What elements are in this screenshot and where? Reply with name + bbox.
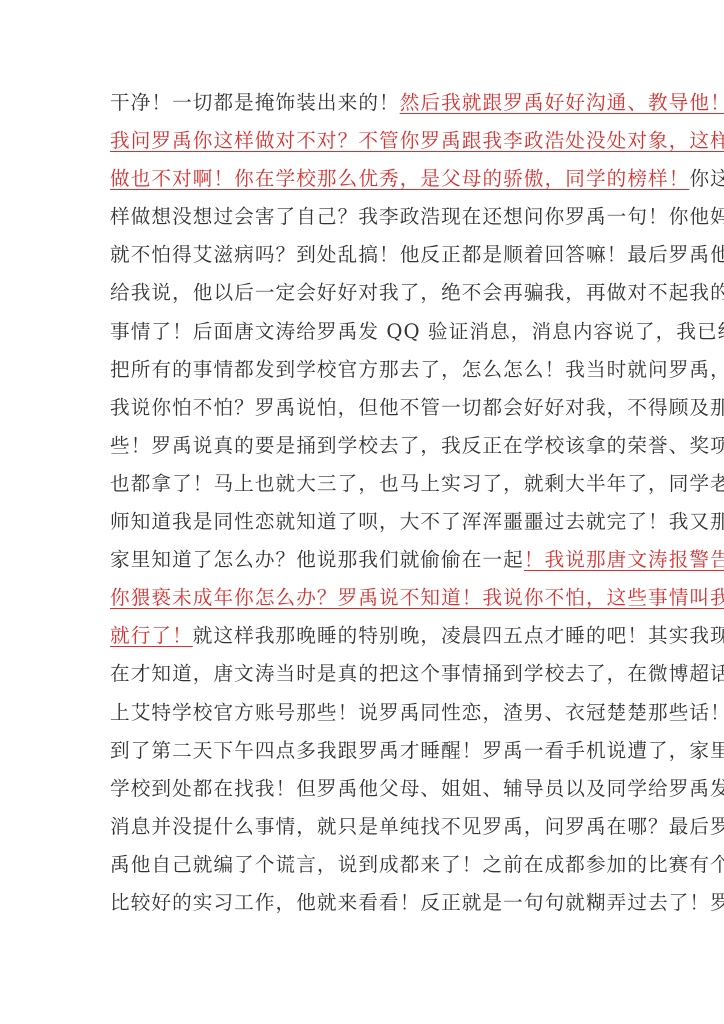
- body-text: 样做想没想过会害了自己？我李政浩现在还想问你罗禹一句！你他妈: [110, 205, 724, 228]
- text-line: 家里知道了怎么办？他说那我们就偷偷在一起！我说那唐文涛报警告: [110, 541, 616, 579]
- body-text: 把所有的事情都发到学校官方那去了，怎么怎么！我当时就问罗禹，: [110, 358, 724, 381]
- body-text: 就不怕得艾滋病吗？到处乱搞！他反正都是顺着回答嘛！最后罗禹他: [110, 243, 724, 266]
- body-text: 我说你怕不怕？罗禹说怕，但他不管一切都会好好对我，不得顾及那: [110, 396, 724, 419]
- body-text: 家里知道了怎么办？他说那我们就偷偷在一起: [110, 548, 524, 571]
- text-line: 禹他自己就编了个谎言，说到成都来了！之前在成都参加的比赛有个: [110, 846, 616, 884]
- highlighted-text: 我问罗禹你这样做对不对？不管你罗禹跟我李政浩处没处对象，这样: [110, 129, 724, 152]
- text-line: 做也不对啊！你在学校那么优秀，是父母的骄傲，同学的榜样！你这: [110, 160, 616, 198]
- body-text: 就这样我那晚睡的特别晚，凌晨四五点才睡的吧！其实我现: [193, 624, 724, 647]
- body-text: 事情了！后面唐文涛给罗禹发 QQ 验证消息，消息内容说了，我已经: [110, 320, 724, 343]
- text-line: 在才知道，唐文涛当时是真的把这个事情捅到学校去了，在微博超话: [110, 655, 616, 693]
- text-line: 些！罗禹说真的要是捅到学校去了，我反正在学校该拿的荣誉、奖项: [110, 427, 616, 465]
- text-line: 到了第二天下午四点多我跟罗禹才睡醒！罗禹一看手机说遭了，家里: [110, 732, 616, 770]
- body-text: 上艾特学校官方账号那些！说罗禹同性恋，渣男、衣冠楚楚那些话！: [110, 701, 724, 724]
- text-line: 就行了！就这样我那晚睡的特别晚，凌晨四五点才睡的吧！其实我现: [110, 617, 616, 655]
- text-line: 上艾特学校官方账号那些！说罗禹同性恋，渣男、衣冠楚楚那些话！: [110, 694, 616, 732]
- body-text: 到了第二天下午四点多我跟罗禹才睡醒！罗禹一看手机说遭了，家里: [110, 739, 724, 762]
- body-text: 学校到处都在找我！但罗禹他父母、姐姐、辅导员以及同学给罗禹发: [110, 777, 724, 800]
- text-line: 消息并没提什么事情，就只是单纯找不见罗禹，问罗禹在哪？最后罗: [110, 808, 616, 846]
- body-text: 比较好的实习工作，他就来看看！反正就是一句句就糊弄过去了！罗: [110, 891, 724, 914]
- text-line: 干净！一切都是掩饰装出来的！然后我就跟罗禹好好沟通、教导他！: [110, 84, 616, 122]
- body-text: 你这: [689, 167, 724, 190]
- text-line: 把所有的事情都发到学校官方那去了，怎么怎么！我当时就问罗禹，: [110, 351, 616, 389]
- body-text: 师知道我是同性恋就知道了呗，大不了浑浑噩噩过去就完了！我又那: [110, 510, 724, 533]
- text-line: 我问罗禹你这样做对不对？不管你罗禹跟我李政浩处没处对象，这样: [110, 122, 616, 160]
- text-line: 我说你怕不怕？罗禹说怕，但他不管一切都会好好对我，不得顾及那: [110, 389, 616, 427]
- text-line: 学校到处都在找我！但罗禹他父母、姐姐、辅导员以及同学给罗禹发: [110, 770, 616, 808]
- text-line: 师知道我是同性恋就知道了呗，大不了浑浑噩噩过去就完了！我又那: [110, 503, 616, 541]
- body-text: 也都拿了！马上也就大三了，也马上实习了，就剩大半年了，同学老: [110, 472, 724, 495]
- text-line: 比较好的实习工作，他就来看看！反正就是一句句就糊弄过去了！罗: [110, 884, 616, 922]
- text-line: 事情了！后面唐文涛给罗禹发 QQ 验证消息，消息内容说了，我已经: [110, 313, 616, 351]
- highlighted-text: 你猥亵未成年你怎么办？罗禹说不知道！我说你不怕，这些事情叫我: [110, 586, 724, 609]
- text-line: 也都拿了！马上也就大三了，也马上实习了，就剩大半年了，同学老: [110, 465, 616, 503]
- body-text: 些！罗禹说真的要是捅到学校去了，我反正在学校该拿的荣誉、奖项: [110, 434, 724, 457]
- highlighted-text: ！我说那唐文涛报警告: [524, 548, 724, 571]
- document-page: 干净！一切都是掩饰装出来的！然后我就跟罗禹好好沟通、教导他！我问罗禹你这样做对不…: [110, 84, 616, 922]
- highlighted-text: 然后我就跟罗禹好好沟通、教导他！: [400, 91, 724, 114]
- highlighted-text: 做也不对啊！你在学校那么优秀，是父母的骄傲，同学的榜样！: [110, 167, 689, 190]
- text-line: 就不怕得艾滋病吗？到处乱搞！他反正都是顺着回答嘛！最后罗禹他: [110, 236, 616, 274]
- body-text: 禹他自己就编了个谎言，说到成都来了！之前在成都参加的比赛有个: [110, 853, 724, 876]
- highlighted-text: 就行了！: [110, 624, 193, 647]
- body-text: 给我说，他以后一定会好好对我了，绝不会再骗我，再做对不起我的: [110, 281, 724, 304]
- body-text: 消息并没提什么事情，就只是单纯找不见罗禹，问罗禹在哪？最后罗: [110, 815, 724, 838]
- text-line: 你猥亵未成年你怎么办？罗禹说不知道！我说你不怕，这些事情叫我: [110, 579, 616, 617]
- text-line: 样做想没想过会害了自己？我李政浩现在还想问你罗禹一句！你他妈: [110, 198, 616, 236]
- body-text: 干净！一切都是掩饰装出来的！: [110, 91, 400, 114]
- body-text: 在才知道，唐文涛当时是真的把这个事情捅到学校去了，在微博超话: [110, 662, 724, 685]
- text-line: 给我说，他以后一定会好好对我了，绝不会再骗我，再做对不起我的: [110, 274, 616, 312]
